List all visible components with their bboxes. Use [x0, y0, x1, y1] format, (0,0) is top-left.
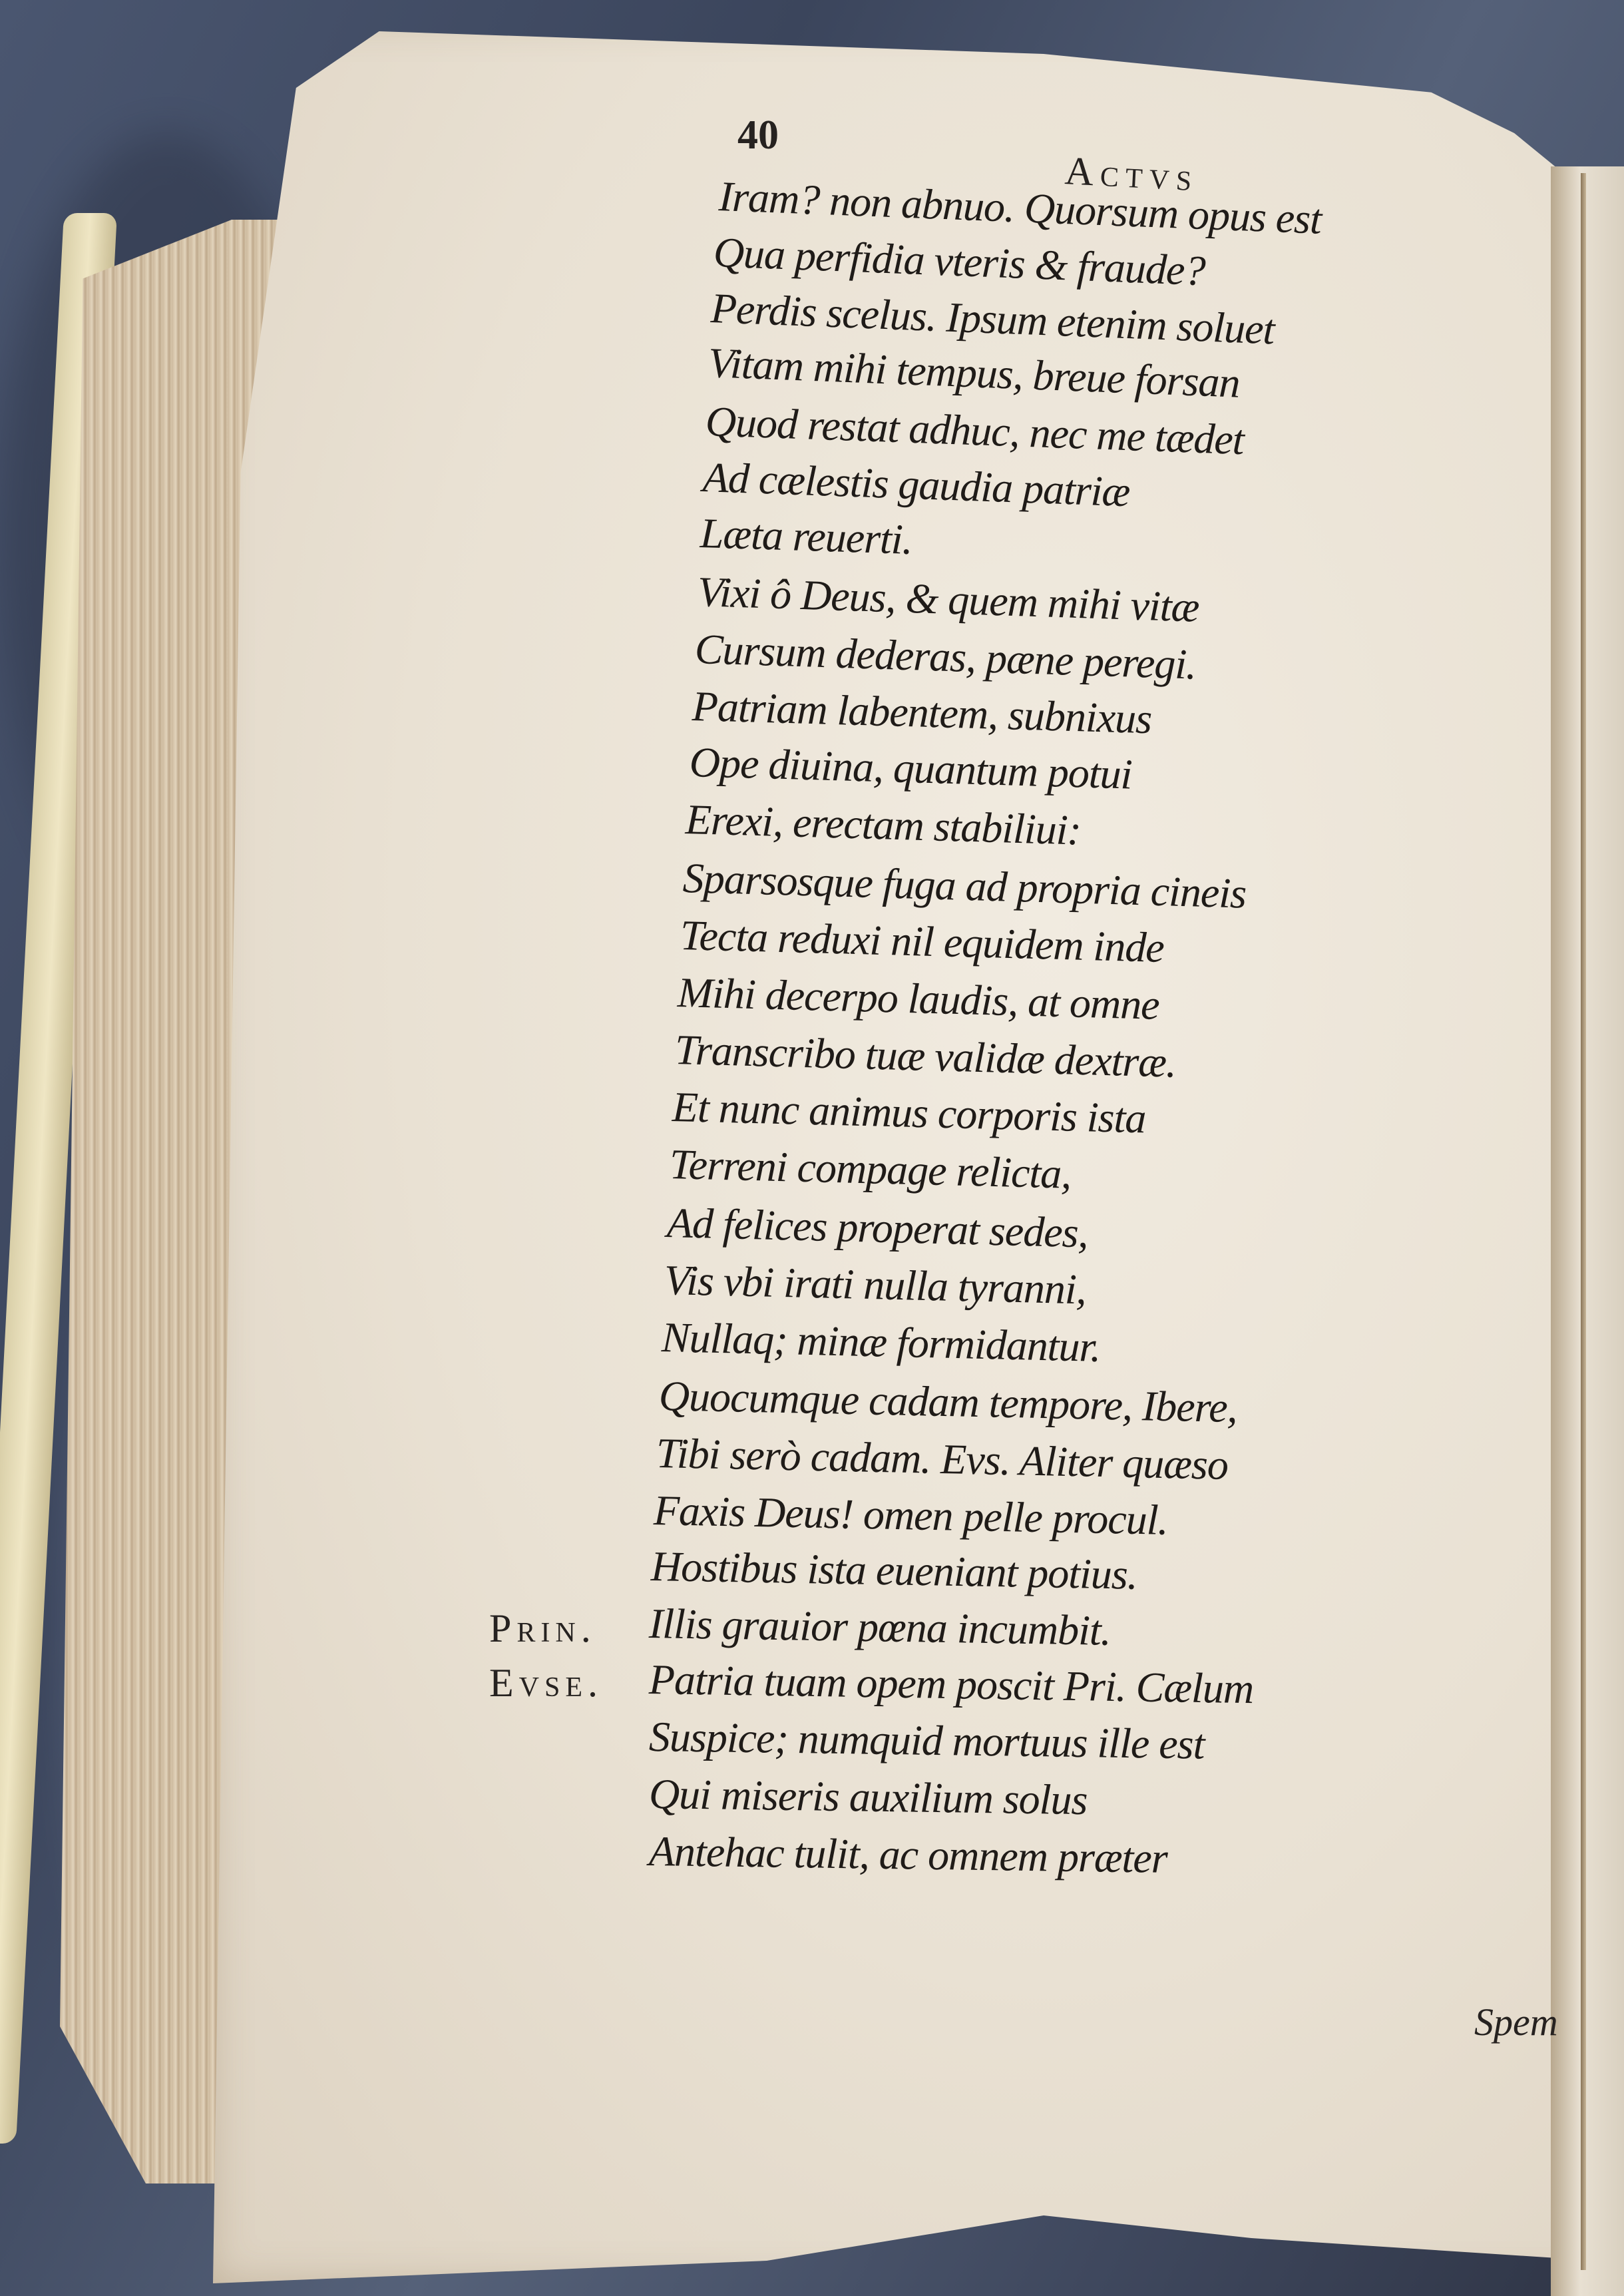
verse-line: Antehac tulit, ac omnem præter	[648, 1827, 1167, 1883]
speaker-label-euse: Evse.	[489, 1660, 603, 1706]
verse-line: Erexi, erectam stabiliui:	[685, 795, 1082, 855]
verse-line: Suspice; numquid mortuus ille est	[648, 1712, 1204, 1769]
verse-line: Nullaq; minæ formidantur.	[661, 1313, 1101, 1372]
verse-line: Transcribo tuæ validæ dextræ.	[674, 1025, 1177, 1088]
verse-line: Læta reuerti.	[700, 509, 913, 565]
verse-line: Qui miseris auxilium solus	[648, 1769, 1087, 1825]
catchword: Spem	[1474, 2000, 1558, 2044]
printed-text: 40 Actvs Iram? non abnuo. Quorsum opus e…	[0, 0, 1624, 2296]
verse-line: Vixi ô Deus, & quem mihi vitæ	[697, 567, 1200, 632]
verse-line: Vis vbi irati nulla tyranni,	[664, 1256, 1086, 1314]
speaker-label-prin: Prin.	[489, 1606, 596, 1652]
verse-line: Tecta reduxi nil equidem inde	[680, 911, 1165, 973]
verse-line: Qua perfidia vteris & fraude?	[713, 228, 1206, 296]
verse-line: Cursum dederas, pæne peregi.	[694, 624, 1197, 690]
verse-line: Faxis Deus! omen pelle procul.	[653, 1486, 1168, 1545]
verse-line: Patria tuam opem poscit Pri. Cælum	[648, 1655, 1253, 1714]
verse-line: Ad felices properat sedes,	[666, 1198, 1088, 1258]
verse-line: Patriam labentem, subnixus	[692, 682, 1152, 744]
verse-line: Tibi serò cadam. Evs. Aliter quæso	[656, 1429, 1228, 1490]
verse-line: Sparsosque fuga ad propria cineis	[682, 853, 1247, 919]
verse-line: Terreni compage relicta,	[669, 1140, 1072, 1199]
page-number: 40	[737, 112, 779, 159]
verse-line: Ad cælestis gaudia patriæ	[702, 453, 1131, 517]
verse-line: Illis grauior pœna incumbit.	[648, 1599, 1111, 1656]
verse-line: Quocumque cadam tempore, Ibere,	[658, 1371, 1237, 1433]
verse-line: Quod restat adhuc, nec me tædet	[705, 397, 1245, 465]
verse-line: Ope diuina, quantum potui	[689, 738, 1133, 800]
verse-line: Et nunc animus corporis ista	[672, 1082, 1146, 1143]
verse-line: Mihi decerpo laudis, at omne	[677, 968, 1160, 1030]
verse-line: Hostibus ista eueniant potius.	[650, 1542, 1137, 1600]
